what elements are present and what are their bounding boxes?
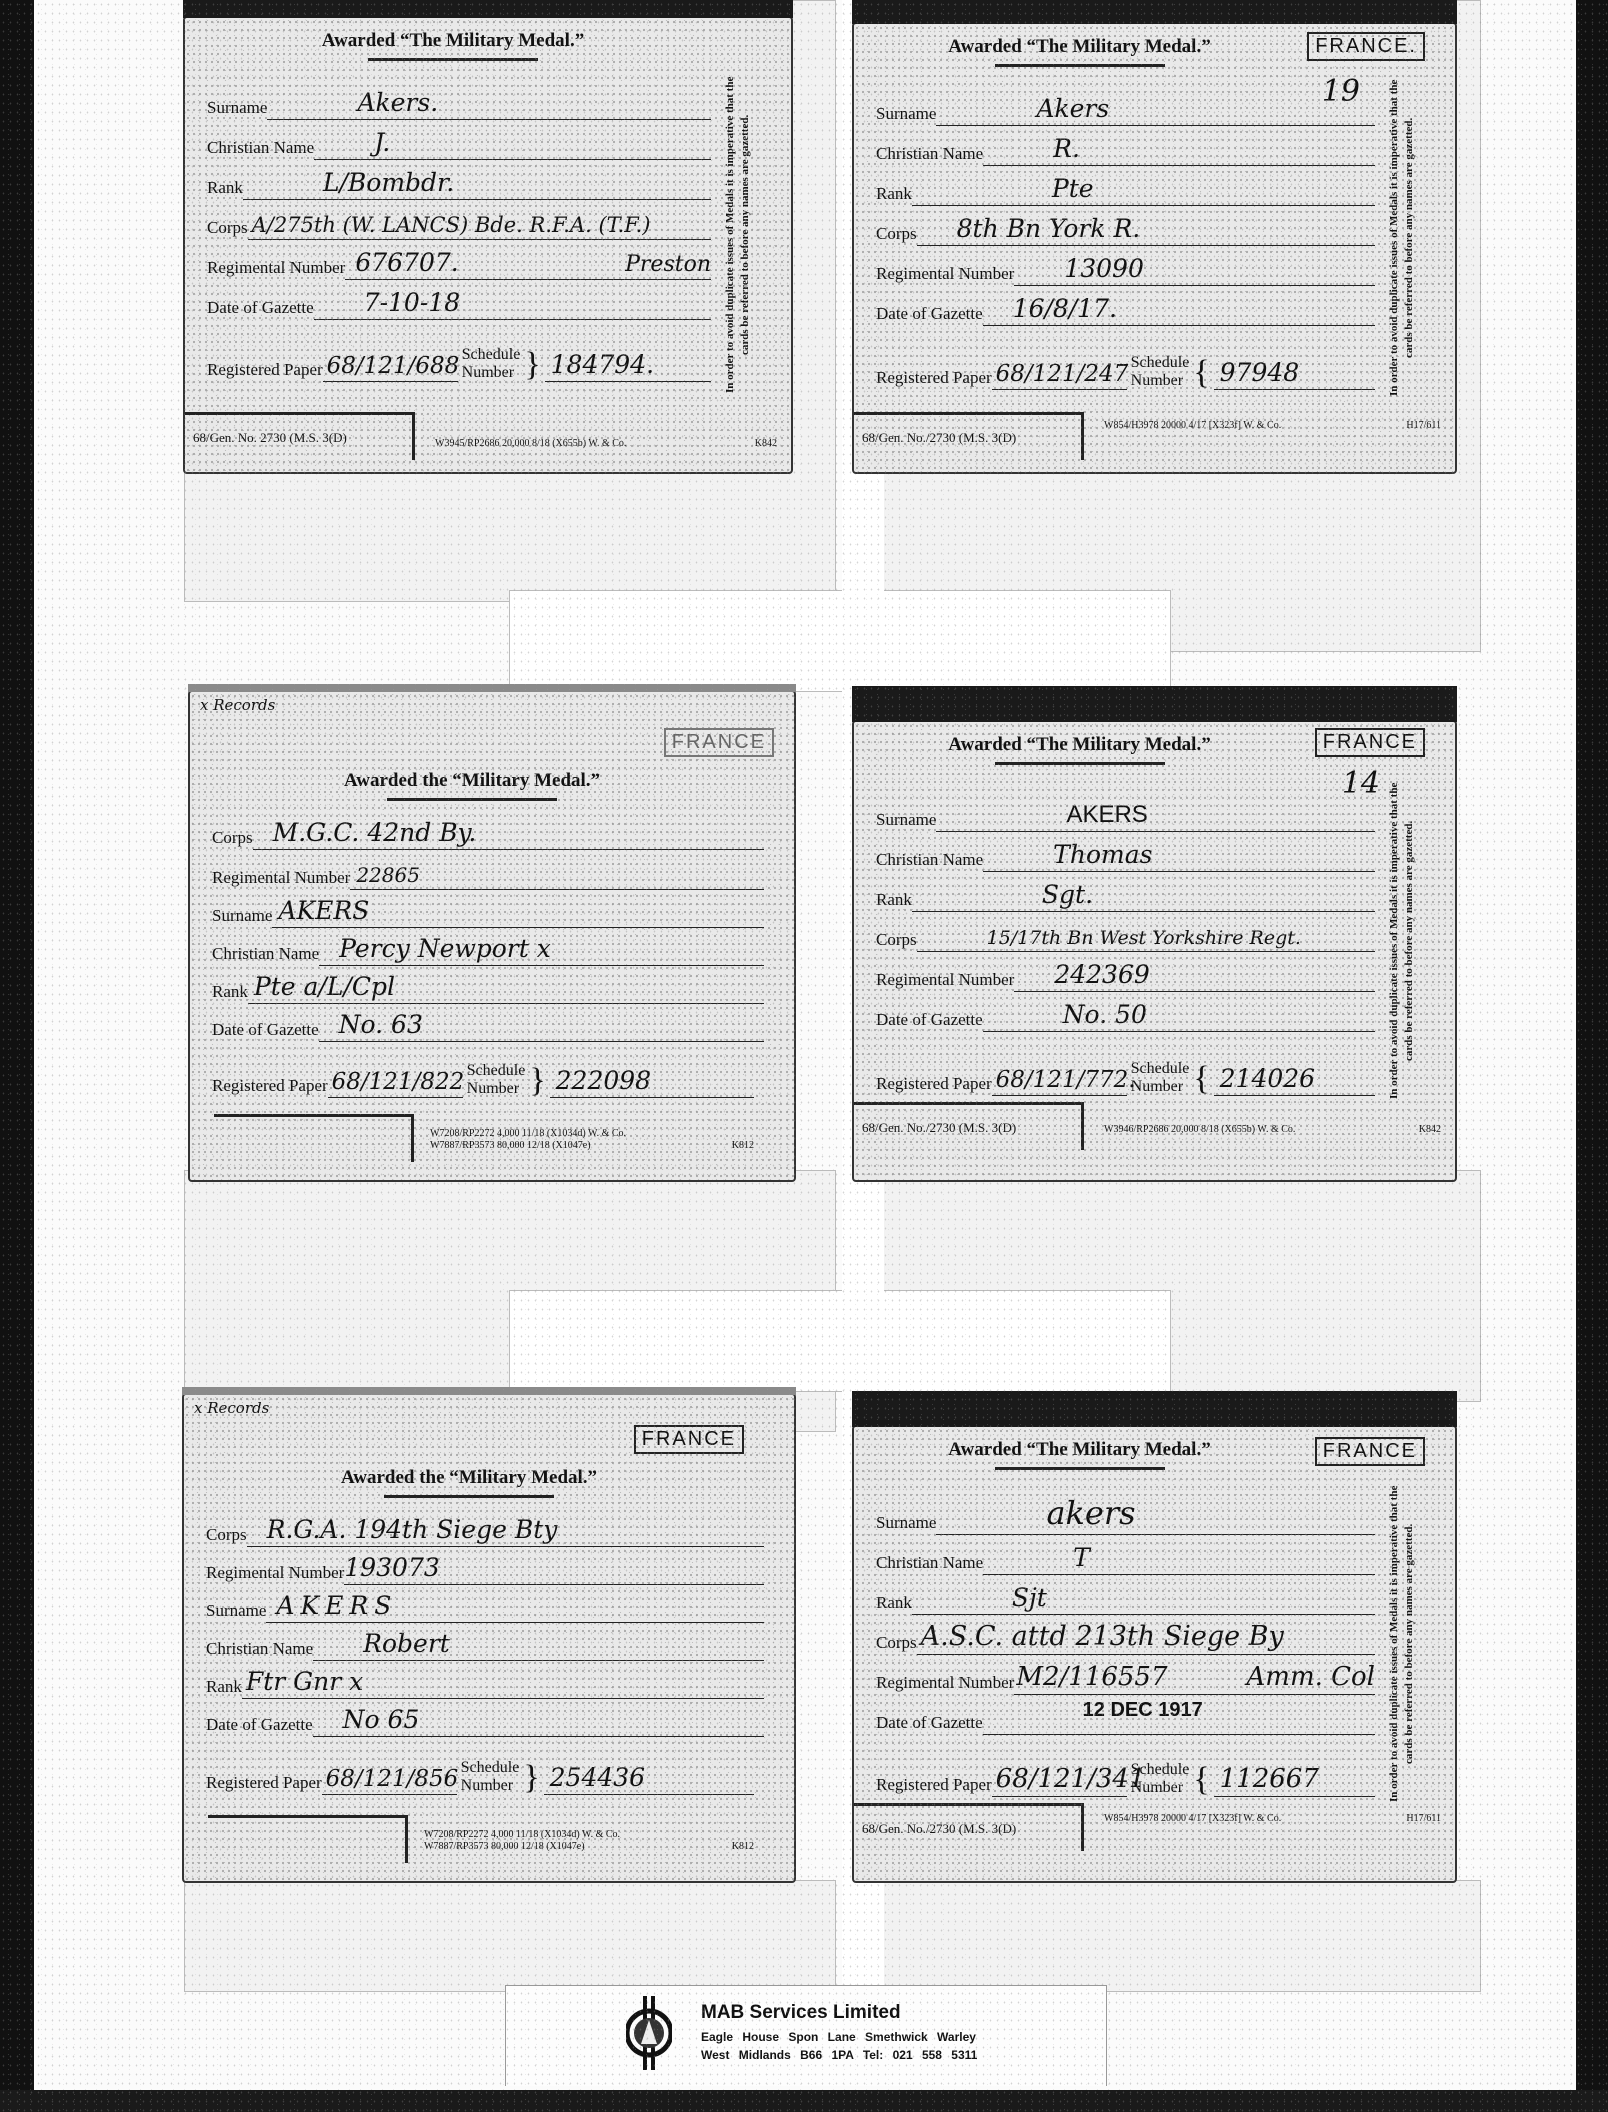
field-surname: SurnameAKERS: [876, 802, 1375, 832]
field-label: Date of Gazette: [876, 1713, 983, 1735]
printer-note: W854/H3978 20000 4/17 [X323f] W. & Co.H1…: [1104, 420, 1441, 432]
field-rank: RankFtr Gnr x: [206, 1669, 764, 1699]
card-backing: [509, 590, 1171, 692]
field-date-of-gazette: Date of GazetteNo 65: [206, 1707, 764, 1737]
registered-paper-row: Registered Paper 68/121/247 ScheduleNumb…: [876, 346, 1375, 390]
card-shadow-bar: [852, 0, 1457, 24]
field-label: Date of Gazette: [212, 1020, 319, 1042]
field-date-of-gazette: Date of Gazette12 DEC 1917: [876, 1705, 1375, 1735]
field-christian-name: Christian NamePercy Newport x: [212, 936, 764, 966]
registered-paper-label: Registered Paper: [207, 360, 323, 382]
field-label: Date of Gazette: [876, 1010, 983, 1032]
field-date-of-gazette: Date of Gazette7-10-18: [207, 290, 711, 320]
field-value: 7-10-18: [364, 288, 460, 317]
field-surname: Surnameakers: [876, 1505, 1375, 1535]
field-regimental-number: Regimental Number676707.Preston: [207, 250, 711, 280]
field-label: Rank: [876, 890, 912, 912]
form-number: 68/Gen. No./2730 (M.S. 3(D): [854, 1102, 1084, 1150]
schedule-number-value: 254436: [550, 1763, 645, 1792]
card-title: Awarded “The Military Medal.”: [854, 1439, 1305, 1470]
printer-note: W7208/RP2272 4,000 11/18 (X1034d) W. & C…: [424, 1829, 754, 1853]
card-backing: [509, 1290, 1171, 1392]
field-value: 13090: [1064, 254, 1144, 283]
field-label: Christian Name: [207, 138, 314, 160]
field-label: Corps: [206, 1525, 247, 1547]
field-value: Akers.: [357, 88, 438, 117]
registered-paper-row: Registered Paper 68/121/856 ScheduleNumb…: [206, 1751, 754, 1795]
field-regimental-number: Regimental NumberM2/116557Amm. Col: [876, 1665, 1375, 1695]
field-value: 22865: [356, 863, 420, 887]
field-value: Ftr Gnr x: [246, 1667, 363, 1696]
field-regimental-number: Regimental Number193073: [206, 1555, 764, 1585]
field-label: Regimental Number: [207, 258, 345, 280]
field-value: 242369: [1054, 960, 1149, 989]
field-value: J.: [374, 128, 390, 157]
field-label: Christian Name: [206, 1639, 313, 1661]
schedule-label: ScheduleNumber: [461, 1759, 520, 1795]
printer-note: W7208/RP2272 4,000 11/18 (X1034d) W. & C…: [430, 1128, 754, 1152]
field-label: Date of Gazette: [876, 304, 983, 326]
field-surname: SurnameAKERS: [206, 1593, 764, 1623]
printer-note: W3945/RP2686 20,000 8/18 (X655b) W. & Co…: [435, 438, 777, 450]
field-label: Surname: [212, 906, 272, 928]
field-value: 15/17th Bn West Yorkshire Regt.: [987, 927, 1301, 949]
medal-card: Awarded “The Military Medal.” FRANCE 14 …: [852, 720, 1457, 1182]
france-stamp: FRANCE: [664, 728, 774, 757]
field-value: T: [1073, 1543, 1090, 1572]
field-label: Christian Name: [212, 944, 319, 966]
scan-edge-bottom: [0, 2090, 1608, 2112]
field-value: AKERS: [278, 896, 369, 925]
card-title: Awarded “The Military Medal.”: [185, 30, 721, 61]
form-number: 68/Gen. No./2730 (M.S. 3(D): [854, 412, 1084, 460]
field-note: Amm. Col: [1247, 1662, 1375, 1692]
field-label: Surname: [206, 1601, 266, 1623]
company-address-line-2: West Midlands B66 1PA Tel: 021 558 5311: [701, 2048, 977, 2062]
field-value: AKERS: [1066, 801, 1147, 829]
company-info: MAB Services Limited Eagle House Spon La…: [701, 2002, 977, 2062]
duplicate-warning-note: In order to avoid duplicate issues of Me…: [1387, 1477, 1447, 1811]
field-label: Regimental Number: [876, 970, 1014, 992]
card-shadow-bar: [188, 684, 796, 692]
field-surname: SurnameAkers: [876, 96, 1375, 126]
field-label: Rank: [207, 178, 243, 200]
field-value: M2/116557: [1016, 1662, 1167, 1692]
field-label: Rank: [212, 982, 248, 1004]
registered-paper-row: Registered Paper 68/121/688 ScheduleNumb…: [207, 338, 711, 382]
registered-paper-value: 68/121/247: [996, 361, 1129, 387]
card-title: Awarded “The Military Medal.”: [854, 36, 1305, 67]
field-label: Christian Name: [876, 144, 983, 166]
schedule-label: ScheduleNumber: [462, 346, 521, 382]
field-christian-name: Christian NameRobert: [206, 1631, 764, 1661]
registered-paper-value: 68/121/856: [326, 1766, 459, 1792]
field-label: Regimental Number: [206, 1563, 344, 1585]
printer-note: W854/H3978 20000 4/17 [X323f] W. & Co.H1…: [1104, 1813, 1441, 1825]
field-label: Corps: [876, 930, 917, 952]
registered-paper-value: 68/121/341: [996, 1764, 1146, 1794]
field-corps: CorpsR.G.A. 194th Siege Bty: [206, 1517, 764, 1547]
field-label: Christian Name: [876, 1553, 983, 1575]
field-value: No. 63: [339, 1010, 423, 1039]
field-regimental-number: Regimental Number13090: [876, 256, 1375, 286]
field-value: No. 50: [1063, 1000, 1147, 1029]
card-shadow-bar: [182, 1387, 796, 1395]
field-corps: Corps15/17th Bn West Yorkshire Regt.: [876, 922, 1375, 952]
field-label: Surname: [876, 810, 936, 832]
registered-paper-label: Registered Paper: [876, 1074, 992, 1096]
company-name: MAB Services Limited: [701, 2002, 977, 2024]
registered-paper-value: 68/121/688: [327, 353, 460, 379]
field-value: Pte: [1052, 174, 1094, 203]
card-backing: [879, 1880, 1481, 1992]
card-backing: [184, 1880, 836, 1992]
schedule-number-value: 184794.: [551, 350, 654, 379]
schedule-number-value: 112667: [1220, 1764, 1319, 1794]
field-date-of-gazette: Date of Gazette16/8/17.: [876, 296, 1375, 326]
field-label: Corps: [212, 828, 253, 850]
field-label: Corps: [207, 218, 248, 240]
field-rank: RankL/Bombdr.: [207, 170, 711, 200]
schedule-number-value: 214026: [1220, 1064, 1315, 1093]
field-label: Rank: [876, 1593, 912, 1615]
mab-circle-logo-icon: [626, 1996, 672, 2070]
registered-paper-value: 68/121/772.: [996, 1067, 1136, 1093]
field-value: R.G.A. 194th Siege Bty: [267, 1515, 558, 1544]
card-title: Awarded the “Military Medal.”: [190, 770, 754, 801]
card-shadow-bar: [183, 0, 793, 18]
field-label: Surname: [207, 98, 267, 120]
field-rank: RankSjt: [876, 1585, 1375, 1615]
card-title: Awarded “The Military Medal.”: [854, 734, 1305, 765]
scan-edge-left: [0, 0, 34, 2112]
registered-paper-label: Registered Paper: [206, 1773, 322, 1795]
field-value: R.: [1053, 134, 1080, 163]
medal-card: Awarded “The Military Medal.” SurnameAke…: [183, 16, 793, 474]
field-label: Regimental Number: [876, 1673, 1014, 1695]
card-shadow-bar: [852, 1391, 1457, 1427]
form-number: 68/Gen. No. 2730 (M.S. 3(D): [185, 412, 415, 460]
field-rank: RankPte a/L/Cpl: [212, 974, 764, 1004]
field-corps: CorpsA.S.C. attd 213th Siege By: [876, 1625, 1375, 1655]
records-annotation: x Records: [200, 696, 275, 714]
field-value: Percy Newport x: [339, 934, 551, 963]
field-date-of-gazette: Date of GazetteNo. 63: [212, 1012, 764, 1042]
field-christian-name: Christian NameT: [876, 1545, 1375, 1575]
field-rank: RankPte: [876, 176, 1375, 206]
registered-paper-label: Registered Paper: [876, 368, 992, 390]
field-label: Corps: [876, 224, 917, 246]
registered-paper-row: Registered Paper 68/121/822 ScheduleNumb…: [212, 1054, 754, 1098]
records-annotation: x Records: [194, 1399, 269, 1417]
printer-note: W3946/RP2686 20,000 8/18 (X655b) W. & Co…: [1104, 1124, 1441, 1136]
field-value: akers: [1046, 1494, 1135, 1532]
medal-card: Awarded “The Military Medal.” FRANCE Sur…: [852, 1425, 1457, 1883]
field-label: Date of Gazette: [207, 298, 314, 320]
registered-paper-label: Registered Paper: [212, 1076, 328, 1098]
field-value: AKERS: [276, 1591, 397, 1620]
field-christian-name: Christian NameR.: [876, 136, 1375, 166]
france-stamp: FRANCE: [634, 1425, 744, 1454]
scan-edge-right: [1576, 0, 1608, 2112]
registered-paper-row: Registered Paper 68/121/772. ScheduleNum…: [876, 1052, 1375, 1096]
form-number: [214, 1114, 414, 1162]
field-label: Regimental Number: [876, 264, 1014, 286]
company-address-line-1: Eagle House Spon Lane Smethwick Warley: [701, 2030, 977, 2044]
field-value: A/275th (W. LANCS) Bde. R.F.A. (T.F.): [252, 213, 651, 237]
field-value: 12 DEC 1917: [1083, 1699, 1203, 1722]
schedule-label: ScheduleNumber: [1131, 1060, 1190, 1096]
field-surname: SurnameAKERS: [212, 898, 764, 928]
medal-card: Awarded “The Military Medal.” FRANCE. 19…: [852, 22, 1457, 474]
medal-card: x Records FRANCE Awarded the “Military M…: [188, 690, 796, 1182]
field-value: Pte a/L/Cpl: [254, 972, 395, 1001]
field-label: Rank: [206, 1677, 242, 1699]
registered-paper-value: 68/121/822: [332, 1069, 465, 1095]
field-rank: RankSgt.: [876, 882, 1375, 912]
field-label: Rank: [876, 184, 912, 206]
schedule-label: ScheduleNumber: [467, 1062, 526, 1098]
field-regimental-number: Regimental Number22865: [212, 860, 764, 890]
field-surname: SurnameAkers.: [207, 90, 711, 120]
field-corps: Corps8th Bn York R.: [876, 216, 1375, 246]
form-number: 68/Gen. No./2730 (M.S. 3(D): [854, 1803, 1084, 1851]
form-number: [208, 1815, 408, 1863]
field-value: Akers: [1036, 94, 1109, 123]
field-date-of-gazette: Date of GazetteNo. 50: [876, 1002, 1375, 1032]
field-label: Date of Gazette: [206, 1715, 313, 1737]
registered-paper-row: Registered Paper 68/121/341 ScheduleNumb…: [876, 1753, 1375, 1797]
field-value: Robert: [363, 1629, 450, 1658]
field-value: Sgt.: [1042, 880, 1093, 909]
field-value: Sjt: [1012, 1583, 1047, 1612]
field-value: M.G.C. 42nd By.: [273, 818, 477, 847]
card-shadow-bar: [852, 686, 1457, 722]
field-corps: CorpsA/275th (W. LANCS) Bde. R.F.A. (T.F…: [207, 210, 711, 240]
medal-card: x Records FRANCE Awarded the “Military M…: [182, 1393, 796, 1883]
duplicate-warning-note: In order to avoid duplicate issues of Me…: [1387, 74, 1447, 402]
field-value: No 65: [343, 1705, 420, 1734]
france-stamp: FRANCE: [1315, 728, 1425, 757]
field-value: Thomas: [1053, 840, 1152, 869]
field-label: Regimental Number: [212, 868, 350, 890]
france-stamp: FRANCE.: [1307, 32, 1425, 61]
duplicate-warning-note: In order to avoid duplicate issues of Me…: [1387, 772, 1447, 1110]
schedule-number-value: 222098: [556, 1066, 651, 1095]
field-christian-name: Christian NameThomas: [876, 842, 1375, 872]
field-regimental-number: Regimental Number242369: [876, 962, 1375, 992]
field-value: 193073: [344, 1553, 439, 1582]
field-value: 16/8/17.: [1013, 294, 1117, 323]
field-label: Surname: [876, 104, 936, 126]
scanner-footer: MAB Services Limited Eagle House Spon La…: [505, 1985, 1107, 2086]
field-value: A.S.C. attd 213th Siege By: [921, 1621, 1284, 1652]
field-value: 8th Bn York R.: [957, 214, 1141, 243]
field-christian-name: Christian NameJ.: [207, 130, 711, 160]
field-note: Preston: [625, 252, 711, 277]
field-value: L/Bombdr.: [323, 168, 454, 197]
field-label: Corps: [876, 1633, 917, 1655]
field-corps: CorpsM.G.C. 42nd By.: [212, 820, 764, 850]
tally-number: 14: [1342, 766, 1380, 801]
field-label: Surname: [876, 1513, 936, 1535]
duplicate-warning-note: In order to avoid duplicate issues of Me…: [723, 68, 783, 402]
card-title: Awarded the “Military Medal.”: [184, 1467, 754, 1498]
schedule-label: ScheduleNumber: [1131, 354, 1190, 390]
field-label: Christian Name: [876, 850, 983, 872]
france-stamp: FRANCE: [1315, 1437, 1425, 1466]
registered-paper-label: Registered Paper: [876, 1775, 992, 1797]
field-value: 676707.: [355, 248, 458, 277]
schedule-number-value: 97948: [1220, 358, 1300, 387]
